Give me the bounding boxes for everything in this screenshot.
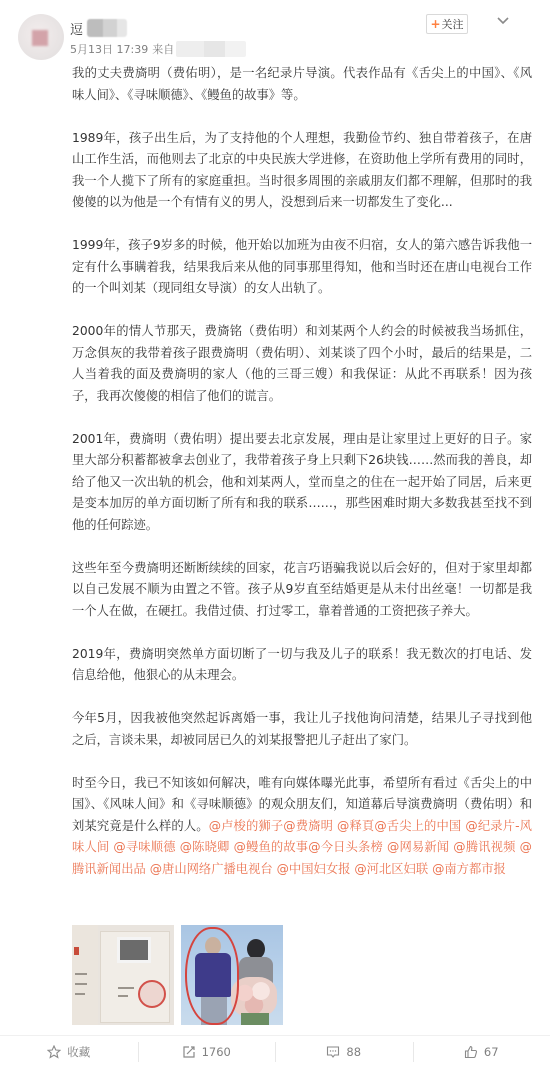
mention-link[interactable]: @腾讯视频 [453,840,515,854]
mention-link[interactable]: @寻味顺德 [113,840,175,854]
post-paragraph: 2000年的情人节那天，费旖铭（费佑明）和刘某两个人约会的时候被我当场抓住，万念… [72,321,532,407]
mention-link[interactable]: @中国妇女报 [277,862,351,876]
mention-link[interactable]: @舌尖上的中国 [374,819,461,833]
mention-link[interactable]: @卢梭的狮子 [209,819,284,833]
mention-link[interactable]: @南方都市报 [432,862,506,876]
mention-link[interactable]: @陈晓卿 [180,840,230,854]
plus-icon: + [430,17,440,31]
star-icon [47,1045,61,1059]
mention-link[interactable]: @河北区妇联 [354,862,428,876]
follow-button[interactable]: + 关注 [426,14,468,34]
post-paragraph: 我的丈夫费旖明（费佑明），是一名纪录片导演。代表作品有《舌尖上的中国》、《风味人… [72,63,532,106]
event-photo-image[interactable] [181,925,283,1025]
post-paragraph: 1989年，孩子出生后，为了支持他的个人理想，我勤俭节约、独自带着孩子，在唐山工… [72,128,532,214]
certificate-text-line [75,993,85,995]
like-count: 67 [484,1045,499,1059]
avatar[interactable] [18,14,64,60]
mention-link[interactable]: @网易新闻 [387,840,449,854]
author-name-mosaic [87,19,127,37]
mention-link[interactable]: @鳗鱼的故事 [234,840,309,854]
flower-stems [241,1013,269,1025]
mention-link[interactable]: @费旖明 [283,819,333,833]
certificate-text-line [118,987,134,989]
repost-count: 1760 [202,1045,231,1059]
certificate-text-line [75,973,87,975]
post-paragraph: 这些年至今费旖明还断断续续的回家，花言巧语骗我说以后会好的，但对于家里却都以自己… [72,558,532,623]
certificate-seal [138,980,166,1008]
follow-label: 关注 [442,16,464,32]
repost-button[interactable]: 1760 [138,1042,276,1062]
comment-count: 88 [346,1045,361,1059]
post-timestamp[interactable]: 5月13日 17:39 [70,41,148,57]
action-toolbar: 收藏 1760 88 67 [0,1035,550,1068]
mention-link[interactable]: @唐山网络广播电视台 [150,862,273,876]
certificate-portrait [117,937,151,963]
avatar-mosaic [32,30,48,46]
favorite-button[interactable]: 收藏 [0,1042,138,1062]
certificate-text-line [118,995,128,997]
certificate-text-line [75,983,87,985]
mention-link[interactable]: @今日头条榜 [308,840,383,854]
certificate-left-page [72,925,98,1025]
chevron-down-icon[interactable] [496,15,510,27]
mention-link[interactable]: @释頁 [337,819,374,833]
woman-figure-head [247,939,265,959]
post-paragraph: 2019年，费旖明突然单方面切断了一切与我及儿子的联系！我无数次的打电话、发信息… [72,644,532,687]
author-name-text: 逗 [70,19,83,38]
favorite-label: 收藏 [67,1044,90,1060]
post-paragraph: 1999年，孩子9岁多的时候，他开始以加班为由夜不归宿，女人的第六感告诉我他一定… [72,235,532,300]
author-name[interactable]: 逗 [70,20,127,36]
repost-icon [182,1045,196,1059]
post-final-paragraph: 时至今日，我已不知该如何解决，唯有向媒体曝光此事，希望所有看过《舌尖上的中国》、… [72,773,532,881]
comment-icon [326,1045,340,1059]
post-content: 我的丈夫费旖明（费佑明），是一名纪录片导演。代表作品有《舌尖上的中国》、《风味人… [72,63,532,902]
marriage-certificate-image[interactable] [72,925,174,1025]
like-button[interactable]: 67 [413,1042,550,1062]
post-paragraph: 2001年，费旖明（费佑明）提出要去北京发展，理由是让家里过上更好的日子。家里大… [72,429,532,537]
post-source-prefix: 来自 [152,41,174,57]
certificate-red-mark [74,947,79,955]
thumbs-up-icon [464,1045,478,1059]
post-source-mosaic [176,41,246,57]
post-paragraph: 今年5月，因我被他突然起诉离婚一事，我让儿子找他询问清楚，结果儿子寻找到他之后，… [72,708,532,751]
post-meta: 5月13日 17:39 来自 [70,41,246,57]
post-images [72,925,283,1025]
comment-button[interactable]: 88 [275,1042,413,1062]
red-circle-annotation [185,927,239,1025]
